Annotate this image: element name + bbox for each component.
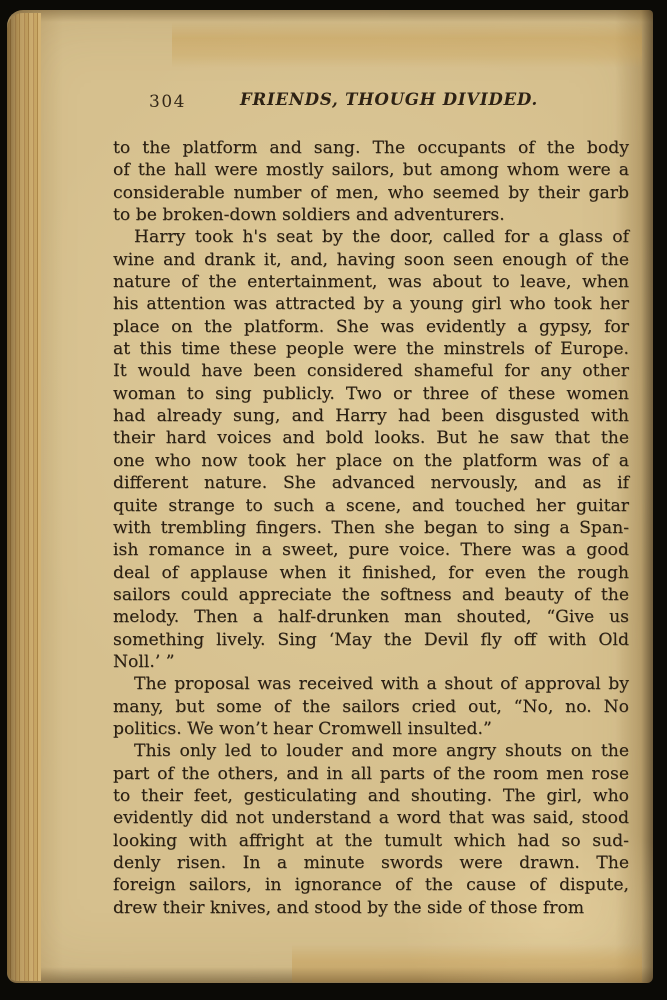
scanned-book-photo: 304 FRIENDS, THOUGH DIVIDED. to the plat… <box>0 0 667 1000</box>
text-line: at this time these people were the minst… <box>113 338 629 360</box>
text-line: considerable number of men, who seemed b… <box>113 182 629 204</box>
text-line: looking with affright at the tumult whic… <box>113 830 629 852</box>
text-line: to their feet, gesticulating and shoutin… <box>113 785 629 807</box>
text-line: Noll.’ ” <box>113 651 629 673</box>
text-line: his attention was attracted by a young g… <box>113 293 629 315</box>
text-line: deal of applause when it finished, for e… <box>113 562 629 584</box>
text-line: quite strange to such a scene, and touch… <box>113 495 629 517</box>
text-line: foreign sailors, in ignorance of the cau… <box>113 874 629 896</box>
text-line: Harry took h's seat by the door, called … <box>113 226 629 248</box>
scan-smear-bottom <box>292 944 642 982</box>
text-line: part of the others, and in all parts of … <box>113 763 629 785</box>
text-line: The proposal was received with a shout o… <box>113 673 629 695</box>
text-block: to the platform and sang. The occupants … <box>113 137 629 919</box>
text-line: melody. Then a half-drunken man shouted,… <box>113 606 629 628</box>
text-line: ish romance in a sweet, pure voice. Ther… <box>113 539 629 561</box>
text-line: place on the platform. She was evidently… <box>113 316 629 338</box>
text-line: different nature. She advanced nervously… <box>113 472 629 494</box>
page-edge-stack <box>7 13 41 981</box>
text-line: with trembling fingers. Then she began t… <box>113 517 629 539</box>
text-line: wine and drank it, and, having soon seen… <box>113 249 629 271</box>
text-line: evidently did not understand a word that… <box>113 807 629 829</box>
scan-smear-top <box>172 22 642 68</box>
text-line: of the hall were mostly sailors, but amo… <box>113 159 629 181</box>
book-page: 304 FRIENDS, THOUGH DIVIDED. to the plat… <box>7 10 653 983</box>
text-line: to the platform and sang. The occupants … <box>113 137 629 159</box>
text-line: politics. We won’t hear Cromwell insulte… <box>113 718 629 740</box>
text-line: woman to sing publicly. Two or three of … <box>113 383 629 405</box>
text-line: This only led to louder and more angry s… <box>113 740 629 762</box>
running-header-title: FRIENDS, THOUGH DIVIDED. <box>131 90 647 109</box>
text-line: one who now took her place on the platfo… <box>113 450 629 472</box>
text-line: sailors could appreciate the softness an… <box>113 584 629 606</box>
text-line: something lively. Sing ‘May the Devil fl… <box>113 629 629 651</box>
text-line: had already sung, and Harry had been dis… <box>113 405 629 427</box>
running-head: 304 FRIENDS, THOUGH DIVIDED. <box>113 90 629 114</box>
text-line: drew their knives, and stood by the side… <box>113 897 629 919</box>
text-line: denly risen. In a minute swords were dra… <box>113 852 629 874</box>
page-content: 304 FRIENDS, THOUGH DIVIDED. to the plat… <box>113 90 629 919</box>
text-line: to be broken-down soldiers and adventure… <box>113 204 629 226</box>
text-line: their hard voices and bold looks. But he… <box>113 427 629 449</box>
text-line: nature of the entertainment, was about t… <box>113 271 629 293</box>
text-line: It would have been considered shameful f… <box>113 360 629 382</box>
text-line: many, but some of the sailors cried out,… <box>113 696 629 718</box>
